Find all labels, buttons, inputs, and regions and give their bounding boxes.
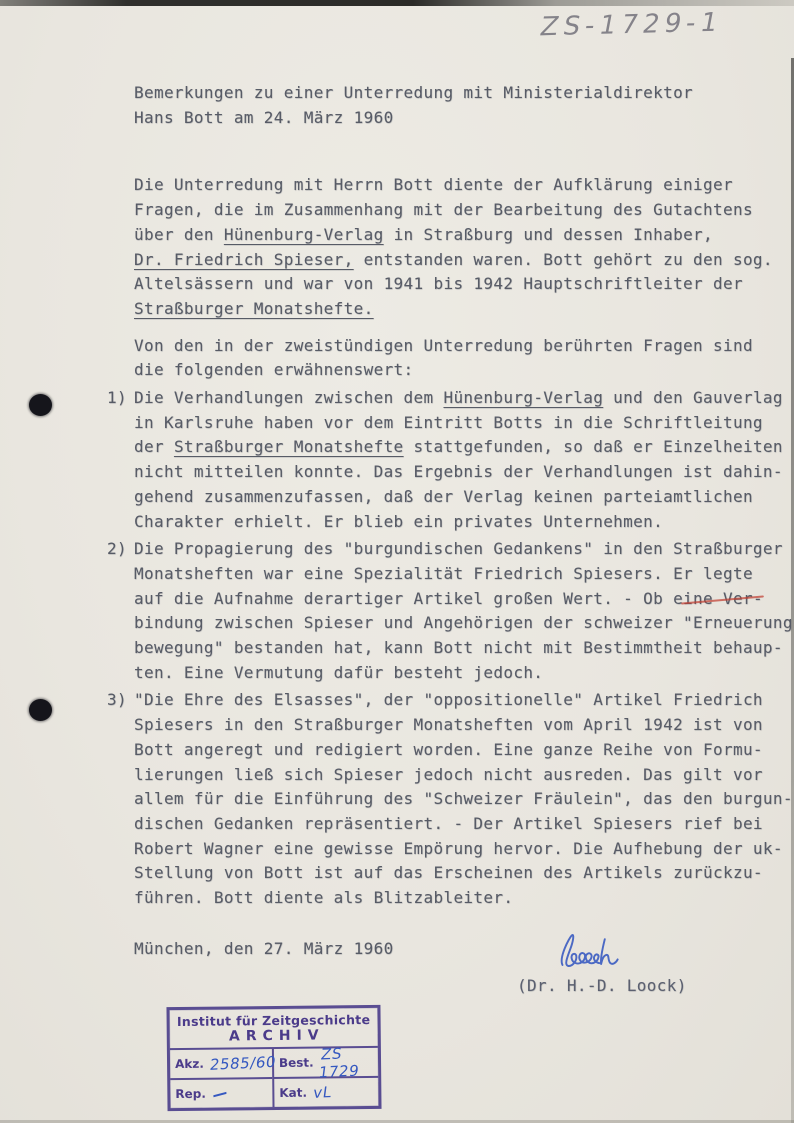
typed-text: Monatsheften war eine Spezialität Friedr…	[134, 564, 753, 583]
text-line: "Die Ehre des Elsasses", der "opposition…	[134, 688, 794, 713]
text-line: Spiesers in den Straßburger Monatsheften…	[134, 713, 794, 738]
text-line: nicht mitteilen konnte. Das Ergebnis der…	[134, 460, 794, 485]
item-number: 3)	[107, 688, 127, 713]
text-line: bindung zwischen Spieser und Angehörigen…	[134, 611, 794, 636]
item-number: 1)	[107, 386, 127, 411]
typed-text: dischen Gedanken repräsentiert. - Der Ar…	[134, 814, 763, 833]
signature-typed-name: (Dr. H.-D. Loock)	[517, 976, 687, 995]
numbered-item-3: 3)"Die Ehre des Elsasses", der "oppositi…	[134, 688, 794, 910]
typed-text: Die Unterredung mit Herrn Bott diente de…	[134, 175, 733, 194]
underlined-text: Dr. Friedrich Spieser,	[134, 250, 354, 269]
text-line: der Straßburger Monatshefte stattgefunde…	[134, 435, 794, 460]
punch-hole-bottom	[29, 699, 52, 721]
typed-text: München, den 27. März 1960	[134, 939, 394, 958]
typed-text: lierungen ließ sich Spieser jedoch nicht…	[134, 765, 763, 784]
typed-text: Bott angeregt und redigiert worden. Eine…	[134, 740, 763, 759]
stamp-field-best: Best. ZS 1729	[272, 1048, 378, 1077]
stamp-field-rep-label: Rep.	[175, 1087, 206, 1101]
punch-hole-top	[29, 394, 52, 416]
archive-stamp: Institut für Zeitgeschichte ARCHIV Akz. …	[166, 1005, 381, 1111]
typed-text: auf die Aufnahme derartiger Artikel groß…	[134, 589, 723, 608]
stamp-field-best-value: ZS 1729	[317, 1043, 375, 1081]
text-line: Robert Wagner eine gewisse Empörung herv…	[134, 837, 794, 862]
typed-text: über den	[134, 225, 224, 244]
document-body: Bemerkungen zu einer Unterredung mit Min…	[134, 81, 794, 962]
typed-text: Spiesers in den Straßburger Monatsheften…	[134, 715, 763, 734]
signature-block: (Dr. H.-D. Loock)	[517, 930, 687, 995]
text-line: Bemerkungen zu einer Unterredung mit Min…	[134, 81, 794, 106]
text-line: Straßburger Monatshefte.	[134, 297, 794, 322]
numbered-item-1: 1)Die Verhandlungen zwischen dem Hünenbu…	[134, 386, 794, 534]
typed-text: führen. Bott diente als Blitzableiter.	[134, 888, 513, 907]
typed-text: in Straßburg und dessen Inhaber,	[384, 225, 713, 244]
underlined-text: Straßburger Monatshefte.	[134, 299, 374, 318]
typed-text: Stellung von Bott ist auf das Erscheinen…	[134, 863, 763, 882]
stamp-field-rep: Rep. —	[170, 1077, 272, 1108]
stamp-institute-name: Institut für Zeitgeschichte	[169, 1008, 377, 1029]
typed-text: Von den in der zweistündigen Unterredung…	[134, 336, 753, 355]
text-line: Bott angeregt und redigiert worden. Eine…	[134, 738, 794, 763]
paragraph-introduction: Die Unterredung mit Herrn Bott diente de…	[134, 173, 794, 321]
text-line: in Karlsruhe haben vor dem Eintritt Bott…	[134, 411, 794, 436]
typed-text: gehend zusammenzufassen, daß der Verlag …	[134, 487, 753, 506]
scanned-document-page: ZS-1729-1 Bemerkungen zu einer Unterredu…	[0, 0, 794, 1123]
text-line: Charakter erhielt. Er blieb ein privates…	[134, 510, 794, 535]
stamp-field-akz: Akz. 2585/60	[170, 1049, 272, 1078]
stamp-field-kat-value: vL	[312, 1083, 333, 1102]
typed-text: und den Gauverlag	[603, 388, 783, 407]
typed-text: Altelsässern und war von 1941 bis 1942 H…	[134, 274, 743, 293]
text-line: dischen Gedanken repräsentiert. - Der Ar…	[134, 812, 794, 837]
typed-text: Robert Wagner eine gewisse Empörung herv…	[134, 839, 783, 858]
text-line: bewegung" bestanden hat, kann Bott nicht…	[134, 636, 794, 661]
typed-text: allem für die Einführung des "Schweizer …	[134, 789, 793, 808]
typed-text: Fragen, die im Zusammenhang mit der Bear…	[134, 200, 753, 219]
text-line: führen. Bott diente als Blitzableiter.	[134, 886, 794, 911]
text-line: Die Unterredung mit Herrn Bott diente de…	[134, 173, 794, 198]
typed-text: "Die Ehre des Elsasses", der "opposition…	[134, 690, 763, 709]
text-line: München, den 27. März 1960	[134, 937, 794, 962]
archive-code-handwritten: ZS-1729-1	[538, 8, 725, 43]
text-line: über den Hünenburg-Verlag in Straßburg u…	[134, 223, 794, 248]
stamp-field-akz-value: 2585/60	[209, 1053, 278, 1074]
text-line: Monatsheften war eine Spezialität Friedr…	[134, 562, 794, 587]
paragraph-lead-in: Von den in der zweistündigen Unterredung…	[134, 334, 794, 383]
text-line: lierungen ließ sich Spieser jedoch nicht…	[134, 763, 794, 788]
text-line: Von den in der zweistündigen Unterredung…	[134, 334, 794, 359]
typed-text: bindung zwischen Spieser und Angehörigen…	[134, 613, 794, 632]
text-line: Die Propagierung des "burgundischen Geda…	[134, 537, 794, 562]
typed-text: bewegung" bestanden hat, kann Bott nicht…	[134, 638, 783, 657]
typed-text: entstanden waren. Bott gehört zu den sog…	[354, 250, 773, 269]
typed-text: Hans Bott am 24. März 1960	[134, 108, 394, 127]
typed-text: Die Verhandlungen zwischen dem	[134, 388, 443, 407]
text-line: allem für die Einführung des "Schweizer …	[134, 787, 794, 812]
text-line: Altelsässern und war von 1941 bis 1942 H…	[134, 272, 794, 297]
text-line: Dr. Friedrich Spieser, entstanden waren.…	[134, 248, 794, 273]
underlined-text: Hünenburg-Verlag	[443, 388, 603, 407]
stamp-field-best-label: Best.	[279, 1056, 314, 1070]
item-number: 2)	[107, 537, 127, 562]
stamp-field-rep-value: —	[211, 1083, 227, 1105]
stamp-fields-table: Akz. 2585/60 Best. ZS 1729 Rep. — Kat. v…	[170, 1046, 379, 1108]
typed-text: der	[134, 437, 174, 456]
text-line: Hans Bott am 24. März 1960	[134, 106, 794, 131]
typed-text: nicht mitteilen konnte. Das Ergebnis der…	[134, 462, 783, 481]
typed-text: ten. Eine Vermutung dafür besteht jedoch…	[134, 663, 543, 682]
underlined-text: Hünenburg-Verlag	[224, 225, 384, 244]
document-title: Bemerkungen zu einer Unterredung mit Min…	[134, 81, 794, 130]
place-date-line: München, den 27. März 1960	[134, 937, 794, 962]
text-line: Fragen, die im Zusammenhang mit der Bear…	[134, 198, 794, 223]
stamp-field-kat-label: Kat.	[279, 1086, 307, 1100]
scan-edge-top	[0, 0, 794, 6]
stamp-field-akz-label: Akz.	[175, 1057, 204, 1071]
signature-handwriting	[549, 930, 633, 976]
typed-text: Bemerkungen zu einer Unterredung mit Min…	[134, 83, 693, 102]
text-line: Stellung von Bott ist auf das Erscheinen…	[134, 861, 794, 886]
typed-text: die folgenden erwähnenswert:	[134, 360, 414, 379]
red-marked-text: Ver-	[723, 589, 763, 608]
numbered-item-2: 2)Die Propagierung des "burgundischen Ge…	[134, 537, 794, 685]
text-line: ten. Eine Vermutung dafür besteht jedoch…	[134, 661, 794, 686]
text-line: gehend zusammenzufassen, daß der Verlag …	[134, 485, 794, 510]
text-line: auf die Aufnahme derartiger Artikel groß…	[134, 587, 794, 612]
typed-text: Charakter erhielt. Er blieb ein privates…	[134, 512, 663, 531]
typed-text: in Karlsruhe haben vor dem Eintritt Bott…	[134, 413, 763, 432]
underlined-text: Straßburger Monatshefte	[174, 437, 404, 456]
typed-text: Die Propagierung des "burgundischen Geda…	[134, 539, 783, 558]
typed-text: stattgefunden, so daß er Einzelheiten	[404, 437, 783, 456]
text-line: Die Verhandlungen zwischen dem Hünenburg…	[134, 386, 794, 411]
text-line: die folgenden erwähnenswert:	[134, 358, 794, 383]
